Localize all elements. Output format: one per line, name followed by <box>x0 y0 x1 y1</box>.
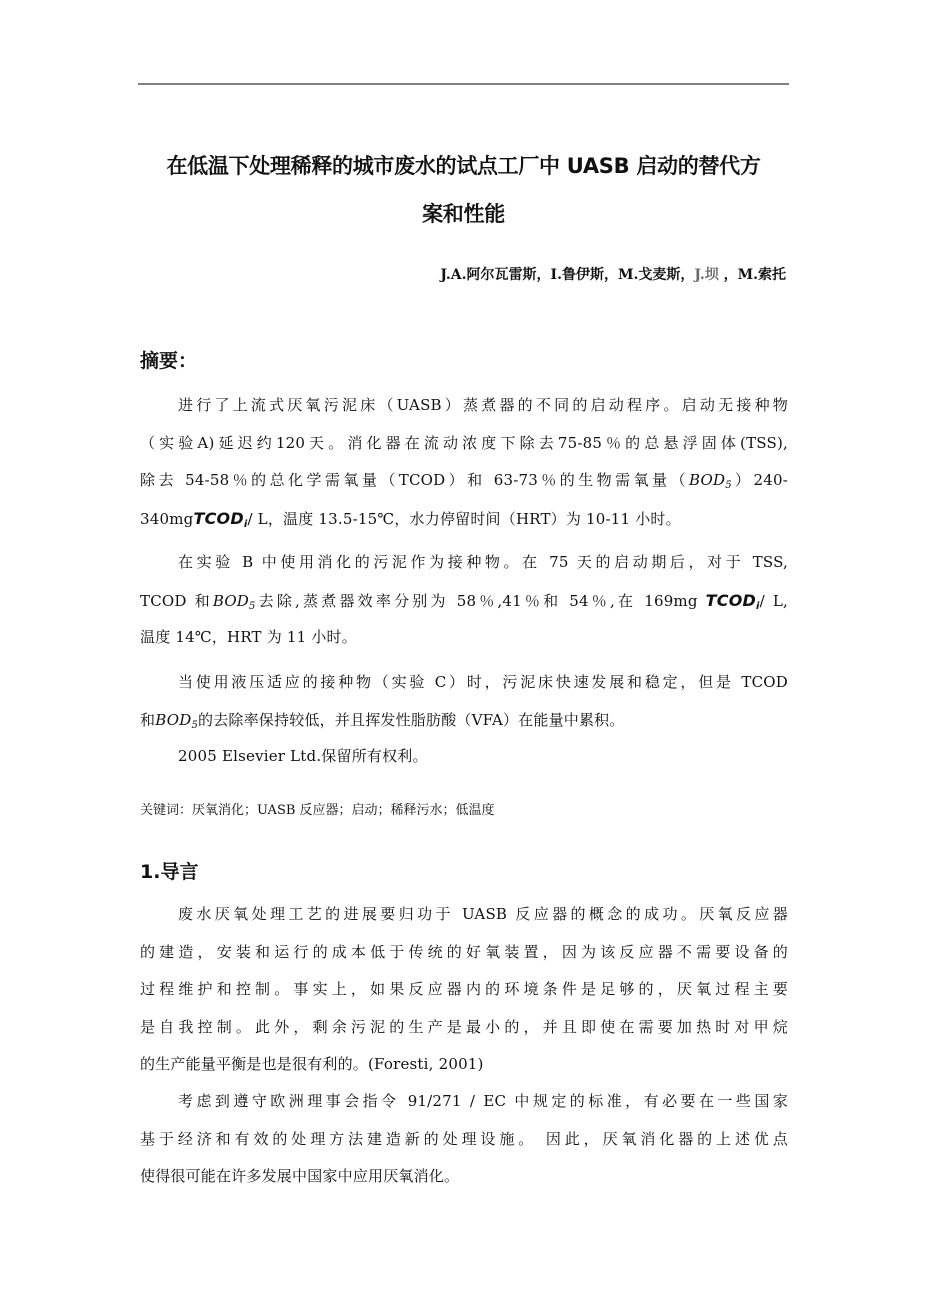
formula-text: BOD <box>213 592 249 610</box>
text-segment: 去除,蒸煮器效率分别为 58％,41％和 54％,在 169mg <box>256 592 706 610</box>
text-line: 使得很可能在许多发展中国家中应用厌氧消化。 <box>140 1158 788 1196</box>
text-line: 在实验 B 中使用消化的污泥作为接种物。在 75 天的启动期后，对于 TSS, <box>140 544 788 582</box>
abstract-heading: 摘要： <box>140 346 197 376</box>
document-page: 在低温下处理稀释的城市废水的试点工厂中 UASB 启动的替代方 案和性能 J.A… <box>0 0 926 1309</box>
text-segment: / L，温度 13.5-15℃，水力停留时间（HRT）为 10-11 小时。 <box>247 510 680 528</box>
copyright-notice: 2005 Elsevier Ltd.保留所有权利。 <box>140 738 788 776</box>
paper-title: 在低温下处理稀释的城市废水的试点工厂中 UASB 启动的替代方 案和性能 <box>138 142 789 238</box>
text-segment: / L, <box>760 592 788 610</box>
text-line: 基于经济和有效的处理方法建造新的处理设施。 因此，厌氧消化器的上述优点 <box>140 1121 788 1159</box>
formula-text: BOD <box>689 471 725 489</box>
title-line-1: 在低温下处理稀释的城市废水的试点工厂中 UASB 启动的替代方 <box>138 142 789 190</box>
text-line: （实验A)延迟约120天。消化器在流动浓度下除去75-85％的总悬浮固体(TSS… <box>140 425 788 463</box>
text-line: 过程维护和控制。事实上，如果反应器内的环境条件是足够的，厌氧过程主要 <box>140 971 788 1009</box>
author: J.坝 <box>694 267 718 283</box>
keywords: 关键词：厌氧消化；UASB 反应器；启动；稀释污水；低温度 <box>140 800 495 822</box>
text-line: 2005 Elsevier Ltd.保留所有权利。 <box>140 738 788 776</box>
bod5-formula: BOD5 <box>689 471 732 489</box>
text-line: TCOD 和BOD5去除,蒸煮器效率分别为 58％,41％和 54％,在 169… <box>140 582 788 620</box>
text-line: 的生产能量平衡是也是很有利的。(Foresti, 2001) <box>140 1046 788 1084</box>
formula-text: TCOD <box>706 591 756 610</box>
author-list: J.A.阿尔瓦雷斯，I.鲁伊斯，M.戈麦斯，J.坝 ，M.索托 <box>440 263 786 287</box>
text-segment: 的去除率保持较低，并且挥发性脂肪酸（VFA）在能量中累积。 <box>198 711 625 729</box>
text-line: 考虑到遵守欧洲理事会指令 91/271 / EC 中规定的标准，有必要在一些国家 <box>140 1083 788 1121</box>
section-heading-introduction: 1.导言 <box>140 857 198 887</box>
text-line: 340mgTCODi/ L，温度 13.5-15℃，水力停留时间（HRT）为 1… <box>140 500 788 538</box>
formula-text: TCOD <box>193 509 243 528</box>
intro-paragraph-1: 废水厌氧处理工艺的进展要归功于 UASB 反应器的概念的成功。厌氧反应器 的建造… <box>140 896 788 1084</box>
formula-text: BOD <box>155 711 191 729</box>
text-segment: TCOD 和 <box>140 592 213 610</box>
abstract-paragraph-3: 当使用液压适应的接种物（实验 C）时，污泥床快速发展和稳定，但是 TCOD 和B… <box>140 664 788 739</box>
text-line: 温度 14℃，HRT 为 11 小时。 <box>140 619 788 657</box>
tcod-formula: TCODi <box>706 591 760 610</box>
author: M.戈麦斯， <box>618 267 694 283</box>
tcod-formula: TCODi <box>193 509 247 528</box>
text-line: 进行了上流式厌氧污泥床（UASB）蒸煮器的不同的启动程序。启动无接种物 <box>140 387 788 425</box>
bod5-formula: BOD5 <box>155 711 198 729</box>
text-segment: 除去 54-58％的总化学需氧量（TCOD）和 63-73％的生物需氧量（ <box>140 471 689 489</box>
title-line-2: 案和性能 <box>138 190 789 238</box>
author-separator: ， <box>719 267 738 283</box>
header-rule <box>138 83 789 85</box>
text-line: 和BOD5的去除率保持较低，并且挥发性脂肪酸（VFA）在能量中累积。 <box>140 702 788 740</box>
text-line: 废水厌氧处理工艺的进展要归功于 UASB 反应器的概念的成功。厌氧反应器 <box>140 896 788 934</box>
text-segment: ）240- <box>732 471 788 489</box>
author: J.A.阿尔瓦雷斯， <box>440 267 550 283</box>
bod5-formula: BOD5 <box>213 592 256 610</box>
text-segment: 340mg <box>140 510 193 528</box>
text-segment: 和 <box>140 711 155 729</box>
text-line: 除去 54-58％的总化学需氧量（TCOD）和 63-73％的生物需氧量（BOD… <box>140 462 788 500</box>
author: M.索托 <box>738 267 786 283</box>
text-line: 的建造，安装和运行的成本低于传统的好氧装置，因为该反应器不需要设备的 <box>140 934 788 972</box>
author: I.鲁伊斯， <box>551 267 618 283</box>
intro-paragraph-2: 考虑到遵守欧洲理事会指令 91/271 / EC 中规定的标准，有必要在一些国家… <box>140 1083 788 1196</box>
text-line: 当使用液压适应的接种物（实验 C）时，污泥床快速发展和稳定，但是 TCOD <box>140 664 788 702</box>
text-line: 是自我控制。此外，剩余污泥的生产是最小的，并且即使在需要加热时对甲烷 <box>140 1009 788 1047</box>
abstract-paragraph-1: 进行了上流式厌氧污泥床（UASB）蒸煮器的不同的启动程序。启动无接种物 （实验A… <box>140 387 788 537</box>
abstract-paragraph-2: 在实验 B 中使用消化的污泥作为接种物。在 75 天的启动期后，对于 TSS, … <box>140 544 788 657</box>
